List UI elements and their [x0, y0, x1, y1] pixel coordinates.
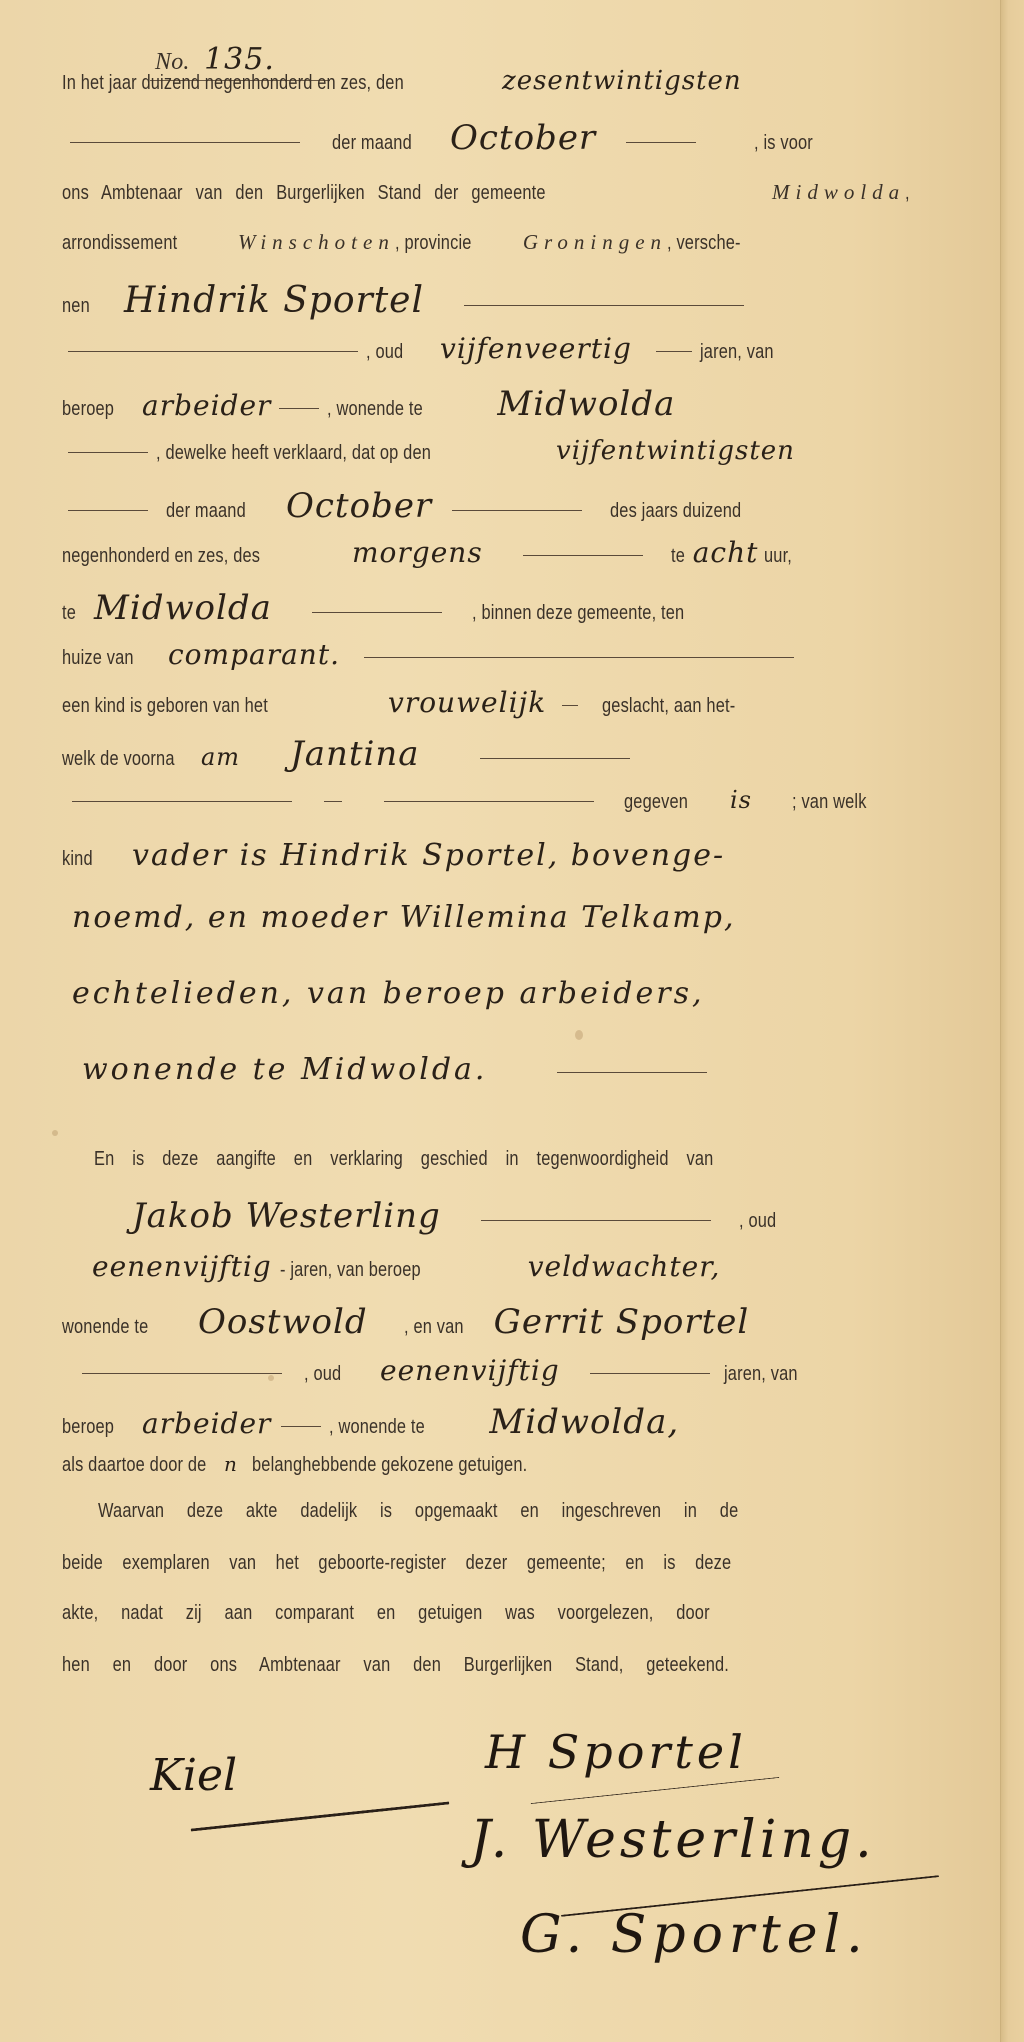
line-2: der maand October , is voor: [62, 118, 972, 158]
printed-text: akte, nadat zij aan comparant en getuige…: [62, 1602, 710, 1625]
printed-text: hen en door ons Ambtenaar van den Burger…: [62, 1654, 729, 1677]
line-20: En is deze aangifte en verklaring geschi…: [94, 1148, 974, 1188]
witness2-age: eenenvijftig: [380, 1354, 560, 1387]
printed-text: , oud: [366, 341, 415, 364]
printed-text: gegeven: [624, 791, 690, 814]
fill-line: [523, 555, 643, 556]
fill-line: [364, 657, 794, 658]
line-22: eenenvijftig - jaren, van beroep veldwac…: [62, 1250, 972, 1290]
child-sex: vrouwelijk: [388, 686, 546, 719]
child-first-name: Jantina: [290, 734, 420, 774]
handwritten-month: October: [450, 118, 596, 158]
handwritten-day: zesentwintigsten: [502, 66, 742, 96]
witness1-residence: Oostwold: [198, 1302, 368, 1342]
printed-text: , oud: [739, 1210, 776, 1233]
line-18: echtelieden, van beroep arbeiders,: [62, 976, 972, 1016]
handwritten-correction: n: [224, 1452, 238, 1476]
printed-text: des jaars duizend: [610, 500, 741, 523]
line-13: een kind is geboren van het vrouwelijk g…: [62, 686, 972, 726]
signature-declarant: H Sportel: [485, 1725, 747, 1779]
printed-text: nen: [62, 295, 95, 318]
printed-text: beroep: [62, 398, 116, 421]
printed-text: , is voor: [754, 132, 813, 155]
line-14: welk de voorna am Jantina: [62, 734, 972, 774]
signature-official: Kiel: [150, 1750, 237, 1801]
fill-line: [557, 1072, 707, 1073]
signature-witness2: G. Sportel.: [520, 1905, 869, 1965]
parents-residence: wonende te Midwolda.: [82, 1052, 487, 1087]
fill-line: [452, 510, 582, 511]
line-5: nen Hindrik Sportel: [62, 280, 972, 320]
line-17: noemd, en moeder Willemina Telkamp,: [62, 900, 972, 940]
municipality-name: Midwolda: [772, 180, 905, 205]
printed-text: kind: [62, 848, 95, 871]
fill-line: [590, 1373, 710, 1374]
line-12: huize van comparant.: [62, 638, 972, 678]
printed-text: Waarvan deze akte dadelijk is opgemaakt …: [98, 1500, 738, 1523]
parents-occupation: echtelieden, van beroep arbeiders,: [72, 976, 705, 1011]
printed-text: geslacht, aan het-: [602, 695, 735, 718]
printed-text: jaren, van: [724, 1363, 798, 1386]
line-26: als daartoe door de n belanghebbende gek…: [62, 1452, 972, 1492]
birth-month: October: [286, 486, 432, 526]
line-7: beroep arbeider , wonende te Midwolda: [62, 384, 972, 424]
fill-line: [656, 351, 692, 352]
province-name: Groningen: [523, 230, 667, 255]
line-1: In het jaar duizend negenhonderd en zes,…: [62, 66, 972, 106]
fill-line: [481, 1220, 711, 1221]
fill-line: [312, 612, 442, 613]
printed-text: der maand: [166, 500, 256, 523]
declarant-name: Hindrik Sportel: [124, 280, 424, 321]
printed-text: , provincie: [395, 232, 493, 255]
printed-text: huize van: [62, 647, 144, 670]
printed-text: als daartoe door de: [62, 1454, 226, 1477]
printed-text: te: [671, 545, 687, 568]
printed-text: , en van: [404, 1316, 470, 1339]
witness2-name: Gerrit Sportel: [494, 1302, 750, 1342]
line-11: te Midwolda , binnen deze gemeente, ten: [62, 588, 972, 628]
line-21: Jakob Westerling , oud: [62, 1196, 972, 1236]
time-of-day: morgens: [352, 536, 483, 569]
printed-text: een kind is geboren van het: [62, 695, 308, 718]
district-name: Winschoten: [238, 230, 395, 255]
ink-spot: [52, 1130, 58, 1136]
line-15: gegeven is ; van welk: [62, 786, 972, 826]
fill-line: [279, 408, 319, 409]
declarant-occupation: arbeider: [142, 389, 271, 422]
printed-text: wonende te: [62, 1316, 160, 1339]
witness1-occupation: veldwachter,: [528, 1250, 721, 1283]
signature-witness1: J. Westerling.: [470, 1810, 876, 1870]
fill-line: [68, 452, 148, 453]
fill-line: [562, 705, 578, 706]
printed-text: - jaren, van beroep: [280, 1259, 469, 1282]
line-27: Waarvan deze akte dadelijk is opgemaakt …: [98, 1500, 978, 1540]
handwritten-correction: am: [201, 743, 240, 771]
printed-text: , dewelke heeft verklaard, dat op den: [156, 442, 550, 465]
father-details: vader is Hindrik Sportel, bovenge-: [132, 838, 725, 873]
fill-line: [68, 351, 358, 352]
fill-line: [464, 305, 744, 306]
printed-text: In het jaar duizend negenhonderd en zes,…: [62, 72, 447, 95]
printed-text: arrondissement: [62, 232, 201, 255]
printed-text: uur,: [764, 545, 792, 568]
printed-text: , verschе-: [667, 232, 741, 255]
line-10: negenhonderd en zes, des morgens te acht…: [62, 536, 972, 576]
line-29: akte, nadat zij aan comparant en getuige…: [62, 1602, 972, 1642]
mother-details: noemd, en moeder Willemina Telkamp,: [72, 900, 735, 935]
printed-text: beroep: [62, 1416, 116, 1439]
fill-line: [70, 142, 300, 143]
line-23: wonende te Oostwold , en van Gerrit Spor…: [62, 1302, 972, 1342]
line-9: der maand October des jaars duizend: [62, 486, 972, 526]
fill-line: [480, 758, 630, 759]
printed-text: ons Ambtenaar van den Burgerlijken Stand…: [62, 182, 636, 205]
birth-place: Midwolda: [94, 588, 272, 628]
witness1-age: eenenvijftig: [92, 1250, 272, 1283]
witness2-occupation: arbeider: [142, 1407, 271, 1440]
handwritten-text: is: [730, 786, 752, 814]
fill-line: [72, 801, 292, 802]
line-19: wonende te Midwolda.: [62, 1052, 972, 1092]
fill-line: [281, 1426, 321, 1427]
printed-text: , wonende te: [329, 1416, 444, 1439]
declarant-residence: Midwolda: [497, 384, 675, 424]
fill-line: [384, 801, 594, 802]
printed-text: welk de voorna: [62, 748, 181, 771]
birth-hour: acht: [693, 536, 759, 569]
birth-house: comparant.: [168, 638, 340, 671]
printed-text: , binnen deze gemeente, ten: [472, 602, 684, 625]
printed-text: En is deze aangifte en verklaring geschi…: [94, 1148, 713, 1171]
printed-text: te: [62, 602, 80, 625]
printed-text: ; van welk: [792, 791, 867, 814]
printed-text: , wonende te: [327, 398, 442, 421]
declarant-age: vijfenveertig: [440, 332, 632, 365]
printed-text: belanghebbende gekozene getuigen.: [252, 1454, 527, 1477]
line-28: beide exemplaren van het geboorte-regist…: [62, 1552, 972, 1592]
line-25: beroep arbeider , wonende te Midwolda,: [62, 1402, 972, 1442]
witness1-name: Jakob Westerling: [132, 1196, 441, 1236]
line-24: , oud eenenvijftig jaren, van: [62, 1354, 972, 1394]
printed-text: beide exemplaren van het geboorte-regist…: [62, 1552, 731, 1575]
printed-text: , oud: [304, 1363, 353, 1386]
line-3: ons Ambtenaar van den Burgerlijken Stand…: [62, 180, 972, 220]
witness2-residence: Midwolda,: [489, 1402, 679, 1442]
line-4: arrondissement Winschoten , provincie Gr…: [62, 230, 972, 270]
printed-text: jaren, van: [700, 341, 774, 364]
printed-text: der maand: [332, 132, 422, 155]
fill-line: [626, 142, 696, 143]
line-16: kind vader is Hindrik Sportel, bovenge-: [62, 838, 972, 878]
fill-line: [82, 1373, 282, 1374]
fill-line: [324, 801, 342, 802]
ink-spot: [575, 1030, 583, 1040]
printed-text: negenhonderd en zes, des: [62, 545, 300, 568]
line-6: , oud vijfenveertig jaren, van: [62, 332, 972, 372]
line-30: hen en door ons Ambtenaar van den Burger…: [62, 1654, 972, 1694]
line-8: , dewelke heeft verklaard, dat op den vi…: [62, 436, 972, 476]
fill-line: [68, 510, 148, 511]
birth-day: vijfentwintigsten: [556, 436, 795, 466]
printed-text: ,: [905, 182, 910, 205]
page-binding-edge: [1000, 0, 1024, 2042]
